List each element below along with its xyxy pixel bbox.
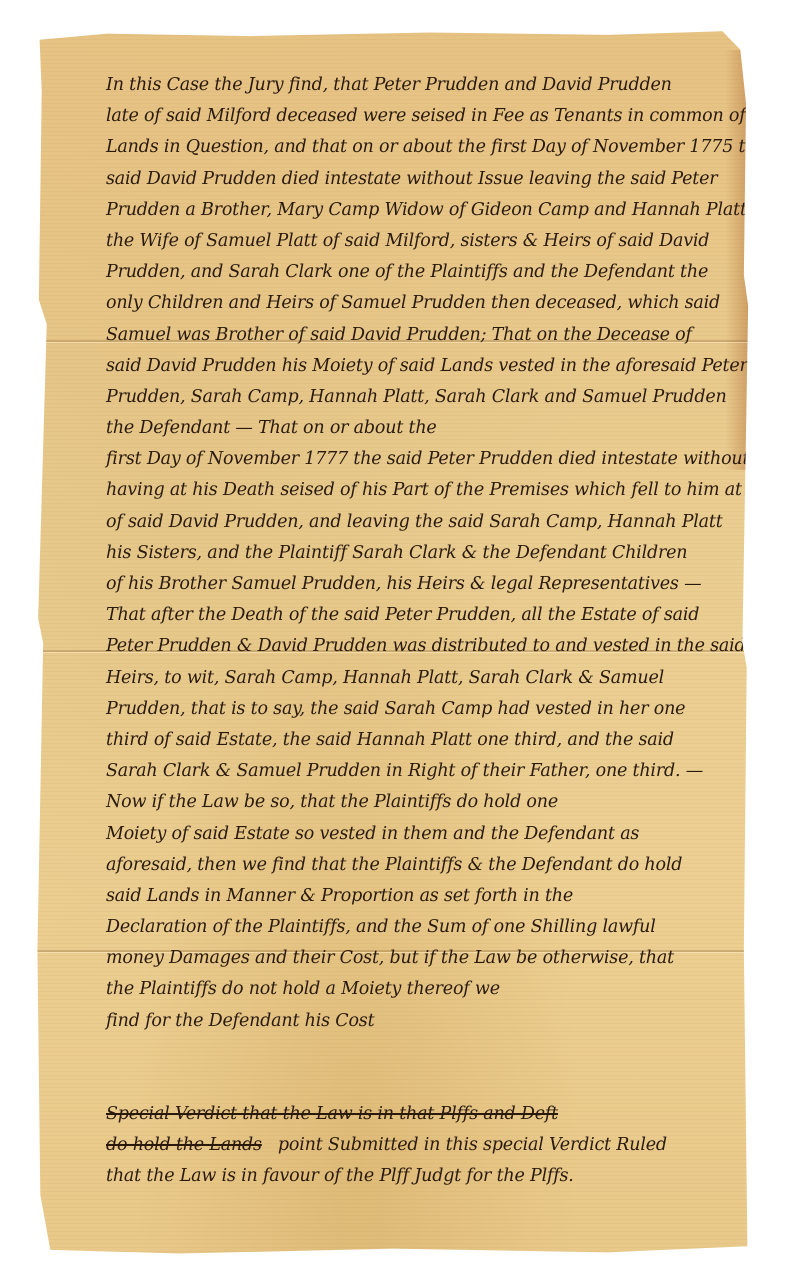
text-line: the Wife of Samuel Platt of said Milford… <box>106 226 716 257</box>
text-line: Peter Prudden & David Prudden was distri… <box>106 631 716 662</box>
text-line: Prudden, Sarah Camp, Hannah Platt, Sarah… <box>106 382 716 413</box>
text-line: Moiety of said Estate so vested in them … <box>106 819 716 850</box>
text-line: only Children and Heirs of Samuel Prudde… <box>106 288 716 319</box>
footer-line: that the Law is in favour of the Plff Ju… <box>106 1161 716 1192</box>
text-line: of said David Prudden, and leaving the s… <box>106 507 716 538</box>
text-line: said David Prudden died intestate withou… <box>106 164 716 195</box>
text-line: Declaration of the Plaintiffs, and the S… <box>106 912 716 943</box>
text-line: money Damages and their Cost, but if the… <box>106 943 716 974</box>
line-text: the Defendant — That on or about the <box>106 418 437 438</box>
text-line: Lands in Question, and that on or about … <box>106 132 716 163</box>
handwritten-body: In this Case the Jury find, that Peter P… <box>106 70 716 1192</box>
manuscript-page: In this Case the Jury find, that Peter P… <box>36 30 751 1256</box>
text-line: said David Prudden his Moiety of said La… <box>106 351 716 382</box>
text-line: Prudden a Brother, Mary Camp Widow of Gi… <box>106 195 716 226</box>
text-line: said Lands in Manner & Proportion as set… <box>106 881 716 912</box>
text-line: Samuel was Brother of said David Prudden… <box>106 320 716 351</box>
text-line: first Day of November 1777 the said Pete… <box>106 444 716 475</box>
text-line: That after the Death of the said Peter P… <box>106 600 716 631</box>
spacer <box>106 1037 716 1099</box>
text-line: of his Brother Samuel Prudden, his Heirs… <box>106 569 716 600</box>
text-line: the Defendant — That on or about the <box>106 413 716 444</box>
text-line: having at his Death seised of his Part o… <box>106 475 716 506</box>
text-line: third of said Estate, the said Hannah Pl… <box>106 725 716 756</box>
text-line: Heirs, to wit, Sarah Camp, Hannah Platt,… <box>106 663 716 694</box>
footer-line: do hold the Lands point Submitted in thi… <box>106 1130 716 1161</box>
text-line: Sarah Clark & Samuel Prudden in Right of… <box>106 756 716 787</box>
footer-text: point Submitted in this special Verdict … <box>267 1135 667 1155</box>
text-line: the Plaintiffs do not hold a Moiety ther… <box>106 974 716 1005</box>
text-line: aforesaid, then we find that the Plainti… <box>106 850 716 881</box>
text-line: find for the Defendant his Cost <box>106 1006 716 1037</box>
text-line: Prudden, and Sarah Clark one of the Plai… <box>106 257 716 288</box>
struck-phrase: do hold the Lands <box>106 1135 262 1155</box>
text-line: Now if the Law be so, that the Plaintiff… <box>106 787 716 818</box>
struck-footer-line: Special Verdict that the Law is in that … <box>106 1099 716 1130</box>
text-line: In this Case the Jury find, that Peter P… <box>106 70 716 101</box>
text-line: his Sisters, and the Plaintiff Sarah Cla… <box>106 538 716 569</box>
text-line: late of said Milford deceased were seise… <box>106 101 716 132</box>
text-line: Prudden, that is to say, the said Sarah … <box>106 694 716 725</box>
